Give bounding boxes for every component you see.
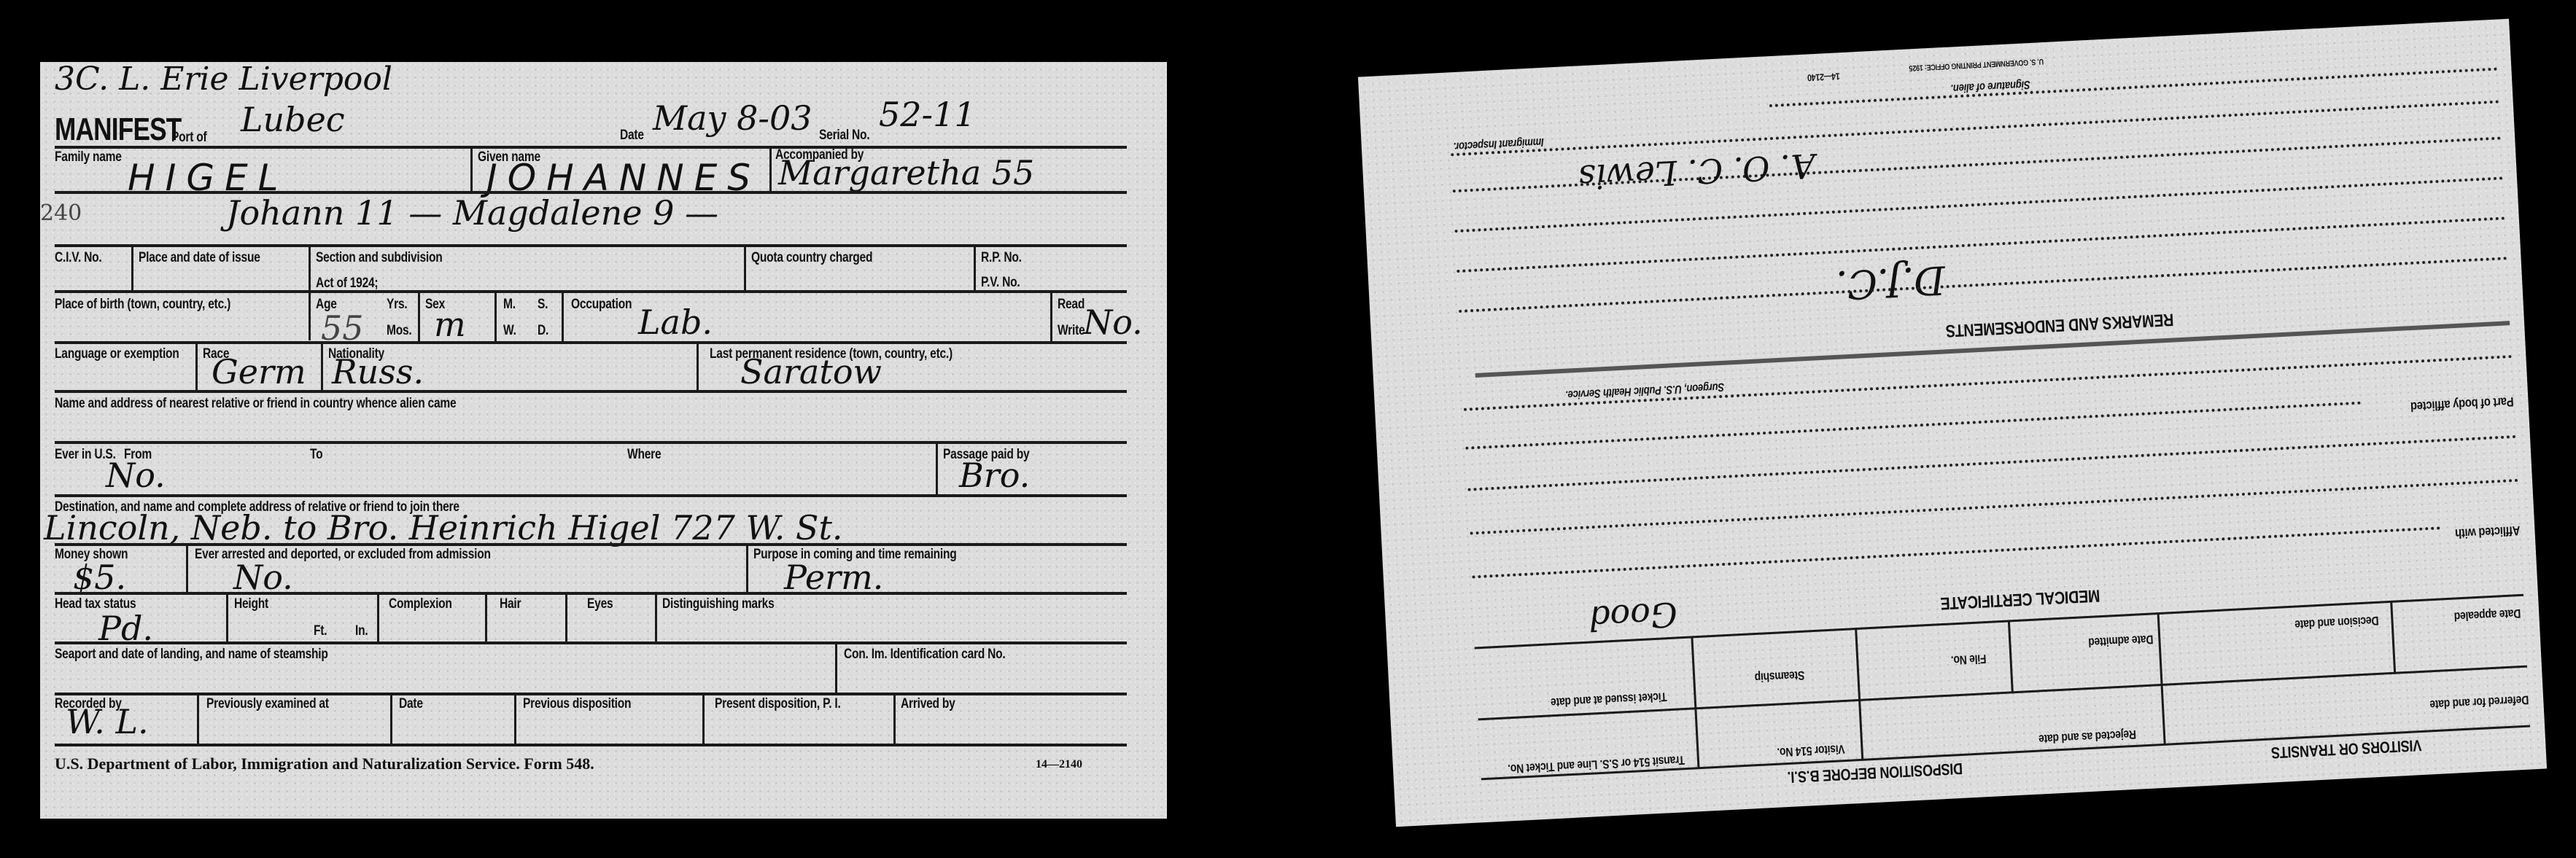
remarks-title: REMARKS AND ENDORSEMENTS	[1945, 308, 2174, 340]
divider	[936, 442, 938, 494]
dotted-line	[1467, 435, 2515, 491]
divider	[835, 643, 837, 693]
accompanied-value: Margaretha 55	[778, 153, 1034, 192]
occupation-label: Occupation	[571, 297, 632, 313]
date-col-label: Date	[399, 696, 423, 712]
write-label: Write	[1058, 323, 1085, 339]
divider	[186, 545, 188, 592]
part-of-body-label: Part of body afflicted	[2410, 394, 2514, 414]
sex-value: m	[434, 305, 466, 344]
rule	[55, 693, 1127, 695]
marital-d: D.	[538, 323, 548, 339]
rule	[55, 341, 1127, 344]
divider	[562, 292, 564, 341]
file-no-label: File No.	[1951, 651, 1987, 667]
height-label: Height	[234, 596, 268, 612]
afflicted-label: Afflicted with	[2455, 523, 2521, 541]
prev-exam-label: Previously examined at	[206, 696, 329, 712]
complexion-label: Complexion	[389, 596, 452, 612]
act-label: Act of 1924;	[316, 276, 378, 292]
manifest-card-back: VISITORS OR TRANSITS DISPOSITION BEFORE …	[1358, 19, 2547, 827]
steamship-label: Steamship	[1755, 668, 1805, 685]
divider	[309, 246, 311, 340]
rule	[55, 641, 1127, 644]
rule	[55, 494, 1127, 497]
divider	[226, 593, 228, 641]
destination-value: Lincoln, Neb. to Bro. Heinrich Higel 727…	[44, 508, 843, 547]
ft-label: Ft.	[314, 623, 327, 639]
footer-form-code: 14—2140	[1036, 758, 1082, 771]
divider	[746, 545, 748, 592]
serial-label: Serial No.	[819, 128, 869, 144]
form-code: 14—2140	[1807, 71, 1840, 83]
divider	[655, 593, 657, 641]
rule-title	[55, 146, 1127, 149]
rp-label: R.P. No.	[981, 250, 1022, 266]
from-label: From	[124, 447, 152, 463]
residence-value: Saratow	[740, 352, 882, 391]
quota-label: Quota country charged	[751, 250, 872, 266]
money-value: $5.	[73, 558, 126, 597]
divider	[1855, 628, 1863, 760]
place-issue-label: Place and date of issue	[139, 250, 260, 266]
divider	[702, 694, 705, 744]
purpose-value: Perm.	[784, 558, 883, 597]
medical-signature: Good	[1588, 594, 1678, 638]
divider	[470, 147, 473, 191]
rule	[55, 390, 1127, 393]
date-appealed-label: Date appealed	[2453, 606, 2521, 624]
eyes-label: Eyes	[587, 596, 613, 612]
seaport-label: Seaport and date of landing, and name of…	[55, 647, 328, 663]
dotted-line	[1449, 101, 2498, 157]
divider	[1050, 292, 1052, 341]
civ-label: C.I.V. No.	[55, 250, 101, 266]
divider	[131, 246, 133, 291]
inspector-signature: A. O. C. Lewis	[1578, 146, 1816, 197]
divider	[697, 343, 699, 390]
in-label: In.	[355, 623, 368, 639]
printer-line: U. S. GOVERNMENT PRINTING OFFICE: 1925	[1909, 57, 2044, 72]
divider	[418, 292, 420, 341]
language-label: Language or exemption	[55, 346, 179, 362]
date-admitted-label: Date admitted	[2088, 631, 2154, 649]
port-label: Port of	[171, 130, 206, 146]
divider	[321, 343, 323, 390]
dotted-line	[1464, 402, 2361, 450]
back-content-rotated: VISITORS OR TRANSITS DISPOSITION BEFORE …	[1358, 19, 2547, 827]
dotted-line	[1769, 68, 2497, 108]
top-annotation: 3C. L. Erie Liverpool	[55, 61, 392, 98]
deferred-label: Deferred for and date	[2429, 693, 2529, 712]
rule	[55, 744, 1127, 746]
relative-label: Name and address of nearest relative or …	[55, 396, 456, 412]
divider	[565, 593, 567, 641]
present-disp-label: Present disposition, P. I.	[715, 696, 841, 712]
medical-title: MEDICAL CERTIFICATE	[1940, 585, 2100, 613]
divider	[893, 694, 896, 744]
remarks-initials: D.J.C.	[1835, 257, 1947, 308]
rule	[55, 441, 1127, 444]
visitor-label: Visitor 514 No.	[1777, 741, 1845, 760]
divider	[769, 147, 772, 191]
divider	[2157, 613, 2166, 744]
recorded-value: W. L.	[66, 702, 149, 741]
marks-label: Distinguishing marks	[662, 596, 775, 612]
birth-label: Place of birth (town, country, etc.)	[55, 297, 230, 313]
hair-label: Hair	[500, 596, 521, 612]
divider	[494, 292, 497, 341]
prev-disp-label: Previous disposition	[523, 696, 631, 712]
manifest-card-front: 3C. L. Erie Liverpool MANIFEST Port of L…	[40, 62, 1167, 819]
divider	[1691, 636, 1696, 709]
read-label: Read	[1058, 297, 1085, 313]
race-value: Germ	[212, 352, 306, 391]
rule	[55, 290, 1127, 293]
form-title: MANIFEST	[55, 112, 182, 148]
divider	[2390, 601, 2396, 674]
divider	[974, 246, 976, 291]
marital-m: M.	[503, 297, 516, 313]
decision-label: Decision and date	[2294, 613, 2379, 632]
rule	[55, 244, 1127, 247]
date-value: May 8-03	[653, 98, 812, 138]
divider	[197, 694, 199, 744]
family-name-label: Family name	[55, 149, 122, 165]
divider	[744, 246, 746, 291]
children-line: Johann 11 — Magdalene 9 —	[226, 193, 718, 233]
divider	[2008, 620, 2014, 693]
serial-value: 52-11	[879, 95, 976, 134]
nationality-value: Russ.	[332, 352, 424, 391]
rule	[55, 592, 1127, 595]
arrived-label: Arrived by	[901, 696, 955, 712]
where-label: Where	[627, 447, 661, 463]
occupation-value: Lab.	[638, 303, 713, 342]
yrs-label: Yrs.	[387, 297, 407, 313]
to-label: To	[310, 447, 322, 463]
pv-label: P.V. No.	[981, 275, 1020, 291]
divider	[390, 694, 392, 744]
dotted-line	[1469, 479, 2518, 535]
dotted-line	[1471, 526, 2440, 578]
rejected-label: Rejected as and date	[2038, 727, 2137, 746]
marital-s: S.	[538, 297, 548, 313]
section-label: Section and subdivision	[316, 250, 443, 266]
read-write-value: No.	[1083, 303, 1143, 342]
passage-value: Bro.	[959, 456, 1030, 495]
arrested-value: No.	[233, 558, 293, 597]
visitors-title: VISITORS OR TRANSITS	[2271, 736, 2422, 762]
divider	[377, 593, 379, 641]
con-im-label: Con. Im. Identification card No.	[844, 647, 1006, 663]
margin-number: 240	[40, 200, 82, 226]
dotted-line	[1457, 257, 2506, 313]
divider	[1694, 709, 1699, 768]
mos-label: Mos.	[387, 323, 412, 339]
divider	[514, 694, 516, 744]
footer-department: U.S. Department of Labor, Immigration an…	[55, 754, 594, 773]
date-label: Date	[620, 128, 644, 144]
port-value: Lubec	[241, 100, 345, 139]
rule	[55, 543, 1127, 546]
divider	[195, 343, 198, 390]
divider	[485, 593, 487, 641]
marital-w: W.	[503, 323, 516, 339]
ticket-label: Ticket issued at and date	[1551, 689, 1667, 709]
